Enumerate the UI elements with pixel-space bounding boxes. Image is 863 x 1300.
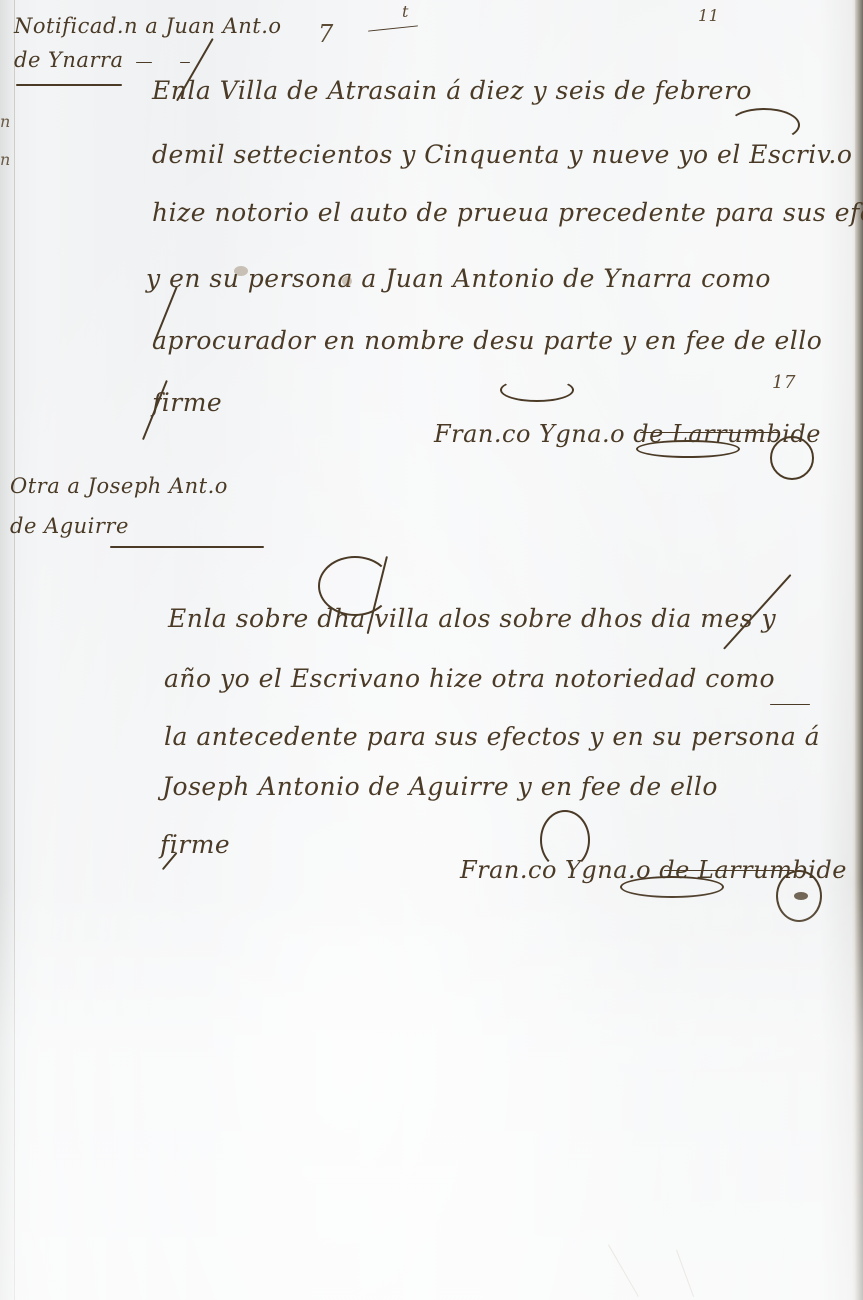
entry-2-line-3: la antecedente para sus efectos y en su … — [164, 722, 820, 751]
page-edge-shadow — [855, 0, 863, 1300]
signature-underline — [664, 870, 794, 871]
paper-crease — [608, 1245, 639, 1297]
signature-rubric — [620, 876, 724, 898]
entry-2-line-1: Enla sobre dha villa alos sobre dhos dia… — [168, 604, 776, 633]
strike-rule — [368, 25, 418, 31]
edge-fragment: n — [0, 112, 10, 131]
folio-number: 11 — [698, 6, 719, 25]
folio-mark: t — [402, 2, 409, 21]
line-end-flourish — [728, 108, 800, 142]
entry-1-signature: Fran.co Ygna.o de Larrumbide — [434, 420, 821, 448]
folio-mark: 7 — [318, 20, 334, 48]
margin-note-2-line-2: de Aguirre — [10, 514, 129, 538]
ink-blot — [342, 276, 352, 286]
entry-1-line-2: demil settecientos y Cinquenta y nueve y… — [152, 140, 852, 169]
entry-1-line-3: hize notorio el auto de prueua precedent… — [152, 198, 863, 227]
margin-note-underline — [16, 84, 122, 86]
margin-note-1-line-2: de Ynarra — [14, 48, 124, 72]
signature-underline — [640, 432, 780, 433]
margin-note-1-line-1: Notificad.n a Juan Ant.o — [14, 14, 282, 38]
margin-note-2-line-1: Otra a Joseph Ant.o — [10, 474, 228, 498]
manuscript-page: n n 7 t 11 Notificad.n a Juan Ant.o de Y… — [0, 0, 863, 1300]
entry-2-line-5: firme — [160, 830, 230, 859]
entry-2-line-4: Joseph Antonio de Aguirre y en fee de el… — [162, 772, 718, 801]
ink-blot — [234, 266, 248, 276]
margin-note-underline — [110, 546, 264, 548]
entry-1-line-1: Enla Villa de Atrasain á diez y seis de … — [152, 76, 752, 105]
margin-dash — [180, 62, 190, 63]
macron-mark — [770, 704, 810, 705]
entry-1-line-5: aprocurador en nombre desu parte y en fe… — [152, 326, 822, 355]
signature-rubric — [636, 440, 740, 458]
signature-flourish — [500, 378, 574, 402]
signature-rubric-loop — [770, 436, 814, 480]
margin-dash — [136, 62, 152, 63]
signature-mark: 17 — [772, 372, 796, 393]
binding-margin — [0, 0, 15, 1300]
ink-blot — [794, 892, 808, 900]
edge-fragment: n — [0, 150, 10, 169]
paper-crease — [676, 1250, 694, 1297]
entry-2-line-2: año yo el Escrivano hize otra notoriedad… — [164, 664, 775, 693]
